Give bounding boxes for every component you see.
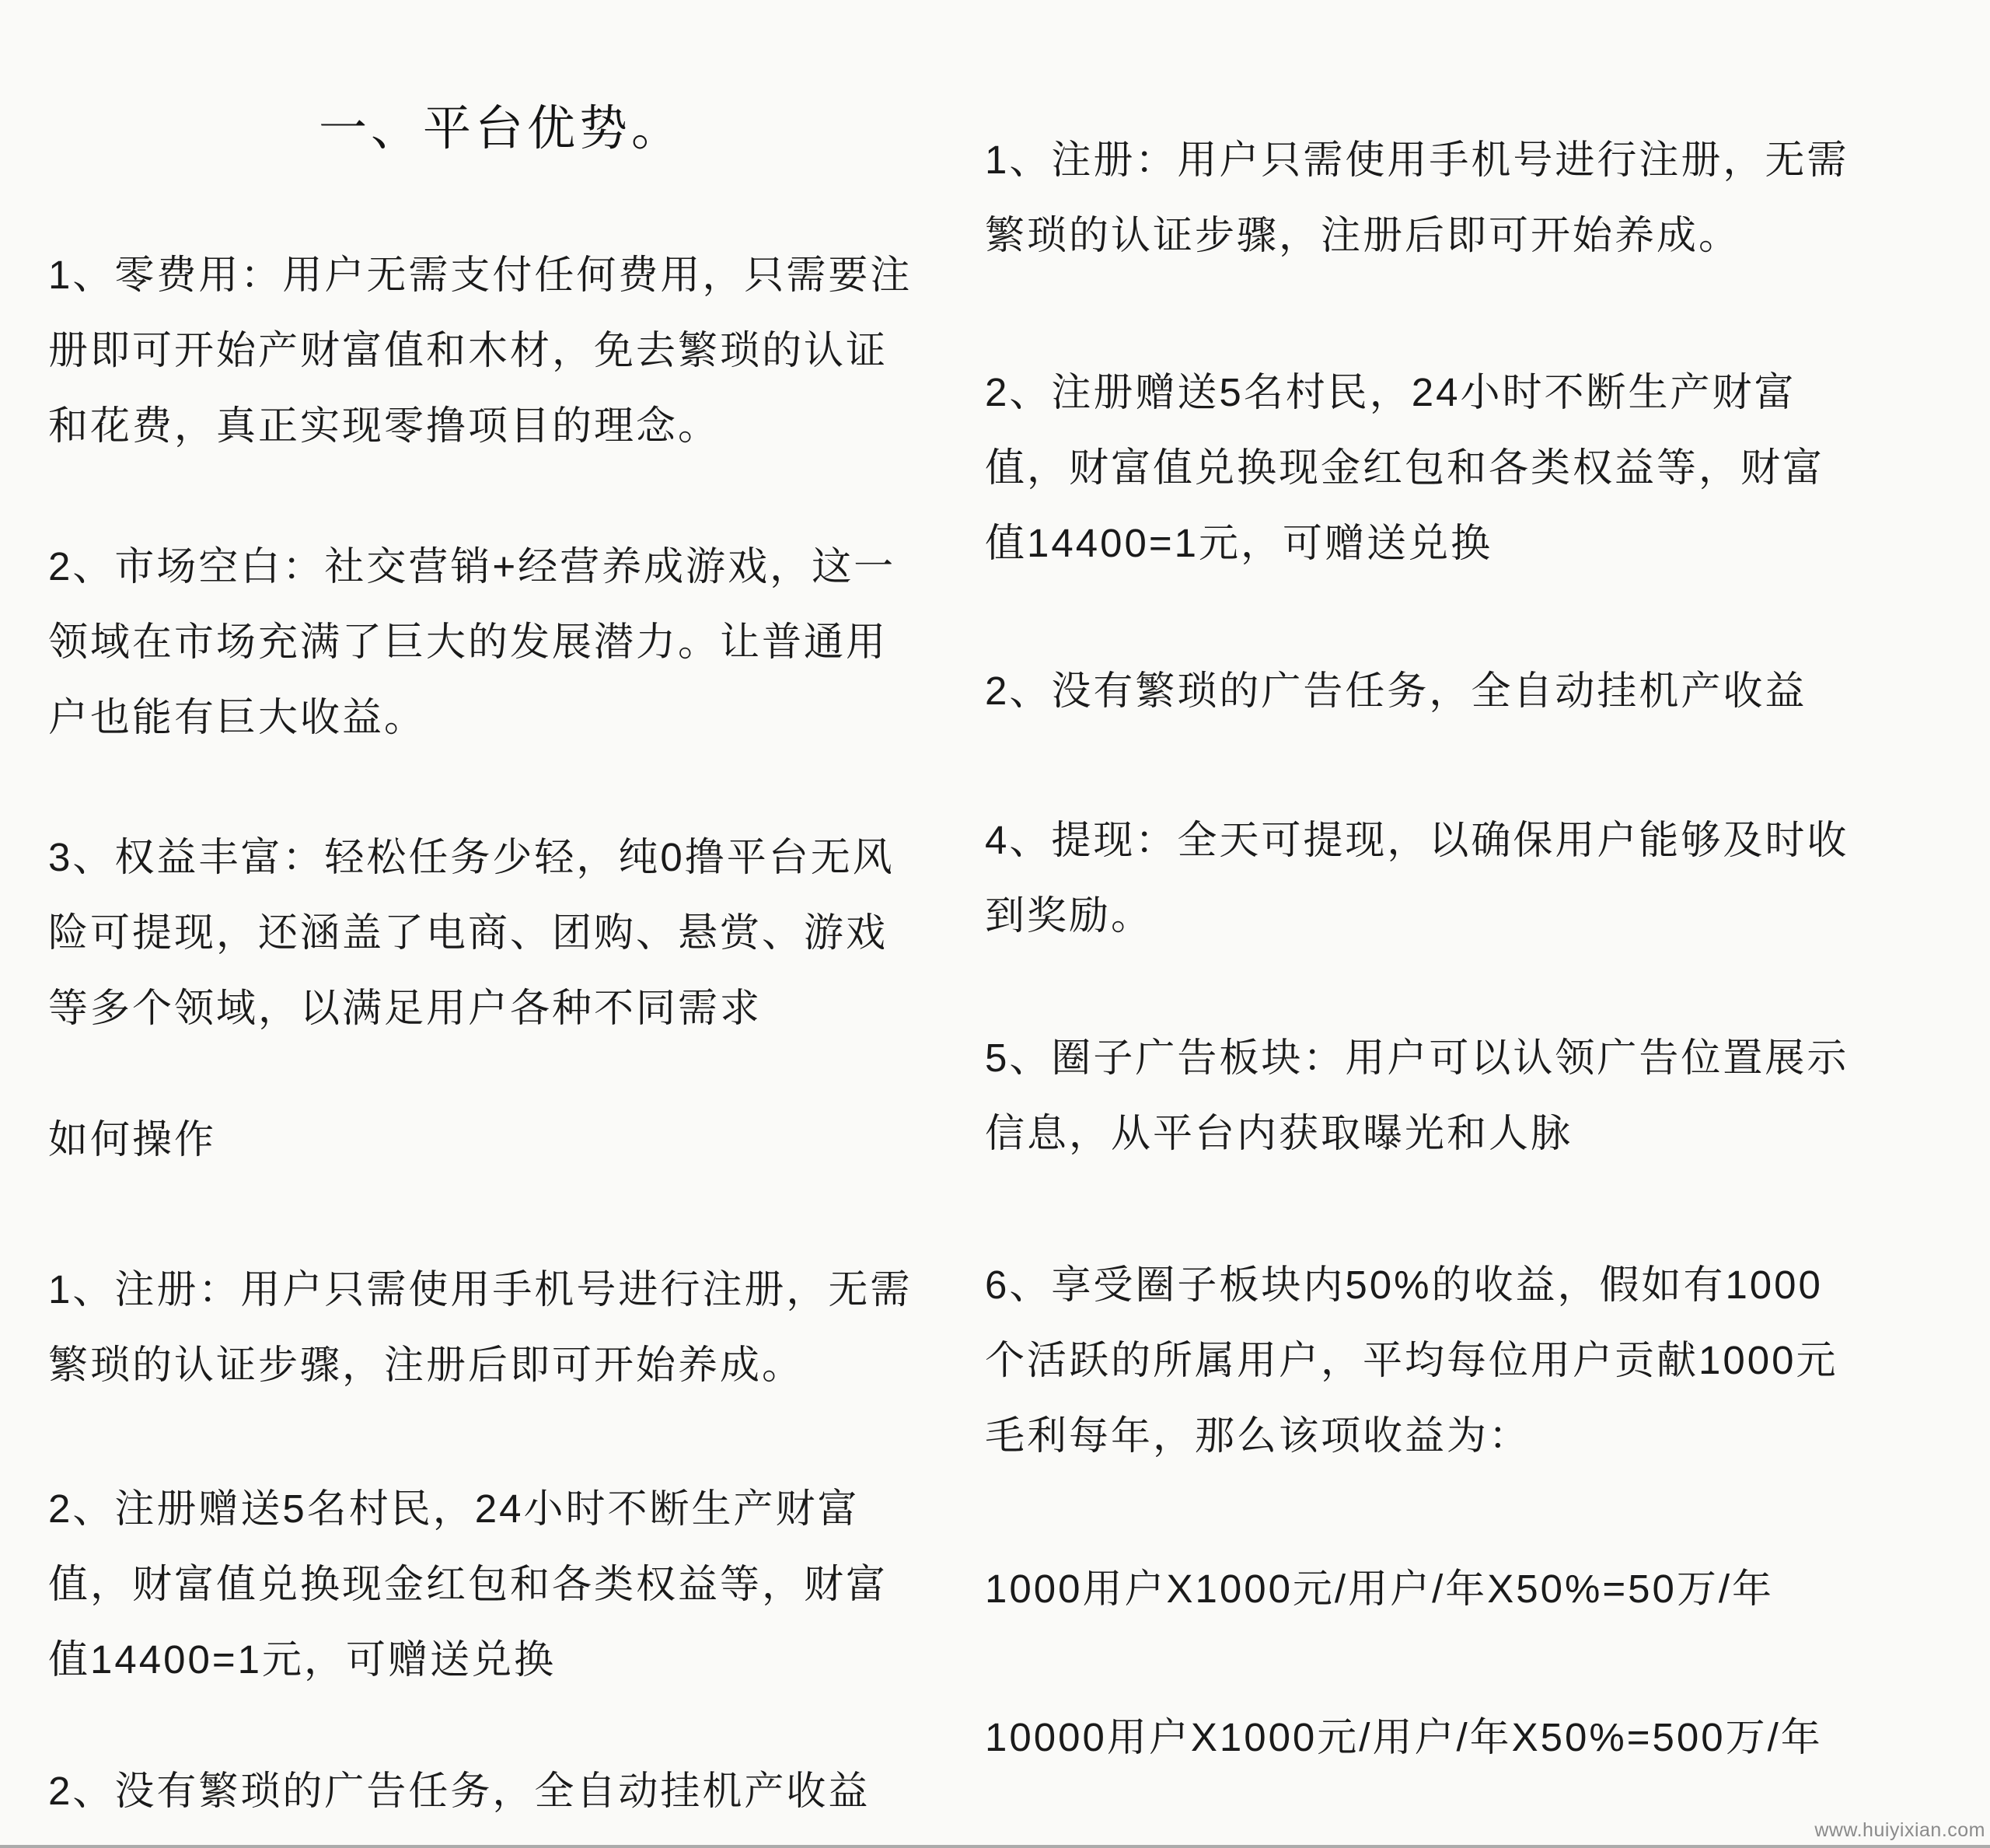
text-line: 3、权益丰富：轻松任务少轻，纯0撸平台无风 [48, 819, 954, 895]
watermark-text: www.huiyixian.com [1814, 1819, 1985, 1842]
page-title: 一、平台优势。 [48, 91, 954, 166]
text-line: 值，财富值兑换现金红包和各类权益等，财富 [48, 1546, 954, 1622]
text-line: 险可提现，还涵盖了电商、团购、悬赏、游戏 [48, 895, 954, 970]
text-line: 2、注册赠送5名村民，24小时不断生产财富 [985, 355, 1953, 430]
text-line: 5、圈子广告板块：用户可以认领广告位置展示 [985, 1020, 1953, 1095]
bottom-edge-divider [0, 1845, 1990, 1848]
right-paragraph-withdraw: 4、提现：全天可提现，以确保用户能够及时收 到奖励。 [985, 802, 1953, 953]
text-line: 繁琐的认证步骤，注册后即可开始养成。 [48, 1327, 954, 1403]
text-line: 值14400=1元，可赠送兑换 [985, 505, 1953, 581]
right-paragraph-no-ad-tasks: 2、没有繁琐的广告任务，全自动挂机产收益 [985, 653, 1953, 728]
text-line: 个活跃的所属用户，平均每位用户贡献1000元 [985, 1322, 1953, 1398]
left-paragraph-zero-cost: 1、零费用：用户无需支付任何费用，只需要注 册即可开始产财富值和木材，免去繁琐的… [48, 237, 954, 463]
left-paragraph-villagers-gift: 2、注册赠送5名村民，24小时不断生产财富 值，财富值兑换现金红包和各类权益等，… [48, 1471, 954, 1697]
right-column: 1、注册：用户只需使用手机号进行注册，无需 繁琐的认证步骤，注册后即可开始养成。… [985, 0, 1953, 1848]
text-line: 值，财富值兑换现金红包和各类权益等，财富 [985, 430, 1953, 505]
right-paragraph-formula-1000: 1000用户X1000元/用户/年X50%=50万/年 [985, 1551, 1953, 1626]
text-line: 信息，从平台内获取曝光和人脉 [985, 1095, 1953, 1171]
text-line: 1、零费用：用户无需支付任何费用，只需要注 [48, 237, 954, 313]
left-column: 一、平台优势。 1、零费用：用户无需支付任何费用，只需要注 册即可开始产财富值和… [48, 0, 954, 1848]
text-line: 繁琐的认证步骤，注册后即可开始养成。 [985, 197, 1953, 273]
right-paragraph-villagers-gift: 2、注册赠送5名村民，24小时不断生产财富 值，财富值兑换现金红包和各类权益等，… [985, 355, 1953, 581]
text-line: 册即可开始产财富值和木材，免去繁琐的认证 [48, 313, 954, 388]
left-paragraph-market-gap: 2、市场空白：社交营销+经营养成游戏，这一 领域在市场充满了巨大的发展潜力。让普… [48, 529, 954, 755]
text-line: 和花费，真正实现零撸项目的理念。 [48, 388, 954, 463]
left-paragraph-no-ad-tasks: 2、没有繁琐的广告任务，全自动挂机产收益 [48, 1753, 954, 1829]
text-line: 到奖励。 [985, 878, 1953, 953]
text-line: 2、市场空白：社交营销+经营养成游戏，这一 [48, 529, 954, 604]
left-paragraph-rich-benefits: 3、权益丰富：轻松任务少轻，纯0撸平台无风 险可提现，还涵盖了电商、团购、悬赏、… [48, 819, 954, 1046]
document-page: 一、平台优势。 1、零费用：用户无需支付任何费用，只需要注 册即可开始产财富值和… [0, 0, 1990, 1848]
text-line: 等多个领域，以满足用户各种不同需求 [48, 970, 954, 1046]
text-line: 如何操作 [48, 1102, 954, 1177]
text-line: 2、没有繁琐的广告任务，全自动挂机产收益 [48, 1753, 954, 1829]
text-line: 1、注册：用户只需使用手机号进行注册，无需 [985, 122, 1953, 197]
text-line: 户也能有巨大收益。 [48, 679, 954, 755]
right-paragraph-circle-revenue: 6、享受圈子板块内50%的收益，假如有1000 个活跃的所属用户，平均每位用户贡… [985, 1247, 1953, 1473]
text-line: 2、没有繁琐的广告任务，全自动挂机产收益 [985, 653, 1953, 728]
text-line: 毛利每年，那么该项收益为： [985, 1398, 1953, 1473]
text-line: 4、提现：全天可提现，以确保用户能够及时收 [985, 802, 1953, 878]
right-paragraph-circle-ads: 5、圈子广告板块：用户可以认领广告位置展示 信息，从平台内获取曝光和人脉 [985, 1020, 1953, 1171]
text-line: 领域在市场充满了巨大的发展潜力。让普通用 [48, 604, 954, 679]
right-paragraph-register: 1、注册：用户只需使用手机号进行注册，无需 繁琐的认证步骤，注册后即可开始养成。 [985, 122, 1953, 273]
text-line: 10000用户X1000元/用户/年X50%=500万/年 [985, 1700, 1953, 1775]
left-paragraph-register: 1、注册：用户只需使用手机号进行注册，无需 繁琐的认证步骤，注册后即可开始养成。 [48, 1252, 954, 1403]
text-line: 1000用户X1000元/用户/年X50%=50万/年 [985, 1551, 1953, 1626]
text-line: 6、享受圈子板块内50%的收益，假如有1000 [985, 1247, 1953, 1322]
text-line: 1、注册：用户只需使用手机号进行注册，无需 [48, 1252, 954, 1327]
text-line: 值14400=1元，可赠送兑换 [48, 1622, 954, 1697]
left-paragraph-how-to-operate: 如何操作 [48, 1102, 954, 1177]
right-paragraph-formula-10000: 10000用户X1000元/用户/年X50%=500万/年 [985, 1700, 1953, 1775]
text-line: 2、注册赠送5名村民，24小时不断生产财富 [48, 1471, 954, 1546]
